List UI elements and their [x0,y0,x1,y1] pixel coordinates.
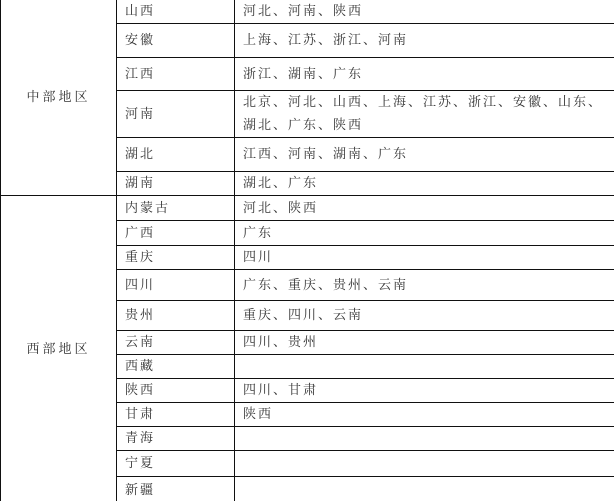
province-cell: 青海 [117,427,235,451]
province-cell: 山西 [117,0,235,24]
table-row: 中部地区山西河北、河南、陕西 [1,0,614,24]
province-cell: 贵州 [117,301,235,331]
neighbors-cell: 重庆、四川、云南 [235,301,614,331]
province-cell: 湖南 [117,172,235,196]
neighbors-cell: 陕西 [235,403,614,427]
neighbors-cell: 四川 [235,246,614,270]
neighbors-cell [235,427,614,451]
province-neighbors-table: 中部地区山西河北、河南、陕西安徽上海、江苏、浙江、河南江西浙江、湖南、广东河南北… [0,0,614,501]
table-body: 中部地区山西河北、河南、陕西安徽上海、江苏、浙江、河南江西浙江、湖南、广东河南北… [1,0,614,501]
neighbors-cell: 北京、河北、山西、上海、江苏、浙江、安徽、山东、湖北、广东、陕西 [235,91,614,138]
neighbors-cell: 广东 [235,221,614,246]
province-cell: 西藏 [117,355,235,379]
province-cell: 新疆 [117,477,235,501]
neighbors-cell [235,477,614,501]
neighbors-cell: 上海、江苏、浙江、河南 [235,24,614,58]
neighbors-cell: 湖北、广东 [235,172,614,196]
province-cell: 广西 [117,221,235,246]
table-row: 西部地区内蒙古河北、陕西 [1,196,614,221]
region-cell: 中部地区 [1,0,117,196]
neighbors-cell: 江西、河南、湖南、广东 [235,138,614,172]
province-cell: 安徽 [117,24,235,58]
province-cell: 甘肃 [117,403,235,427]
province-cell: 四川 [117,270,235,301]
province-cell: 江西 [117,58,235,91]
province-cell: 湖北 [117,138,235,172]
province-cell: 陕西 [117,379,235,403]
neighbors-cell: 四川、贵州 [235,331,614,355]
neighbors-cell: 四川、甘肃 [235,379,614,403]
province-cell: 云南 [117,331,235,355]
neighbors-cell [235,355,614,379]
province-cell: 重庆 [117,246,235,270]
province-cell: 宁夏 [117,451,235,477]
neighbors-cell [235,451,614,477]
neighbors-cell: 广东、重庆、贵州、云南 [235,270,614,301]
region-cell: 西部地区 [1,196,117,501]
neighbors-cell: 浙江、湖南、广东 [235,58,614,91]
province-cell: 内蒙古 [117,196,235,221]
neighbors-cell: 河北、陕西 [235,196,614,221]
neighbors-cell: 河北、河南、陕西 [235,0,614,24]
province-cell: 河南 [117,91,235,138]
